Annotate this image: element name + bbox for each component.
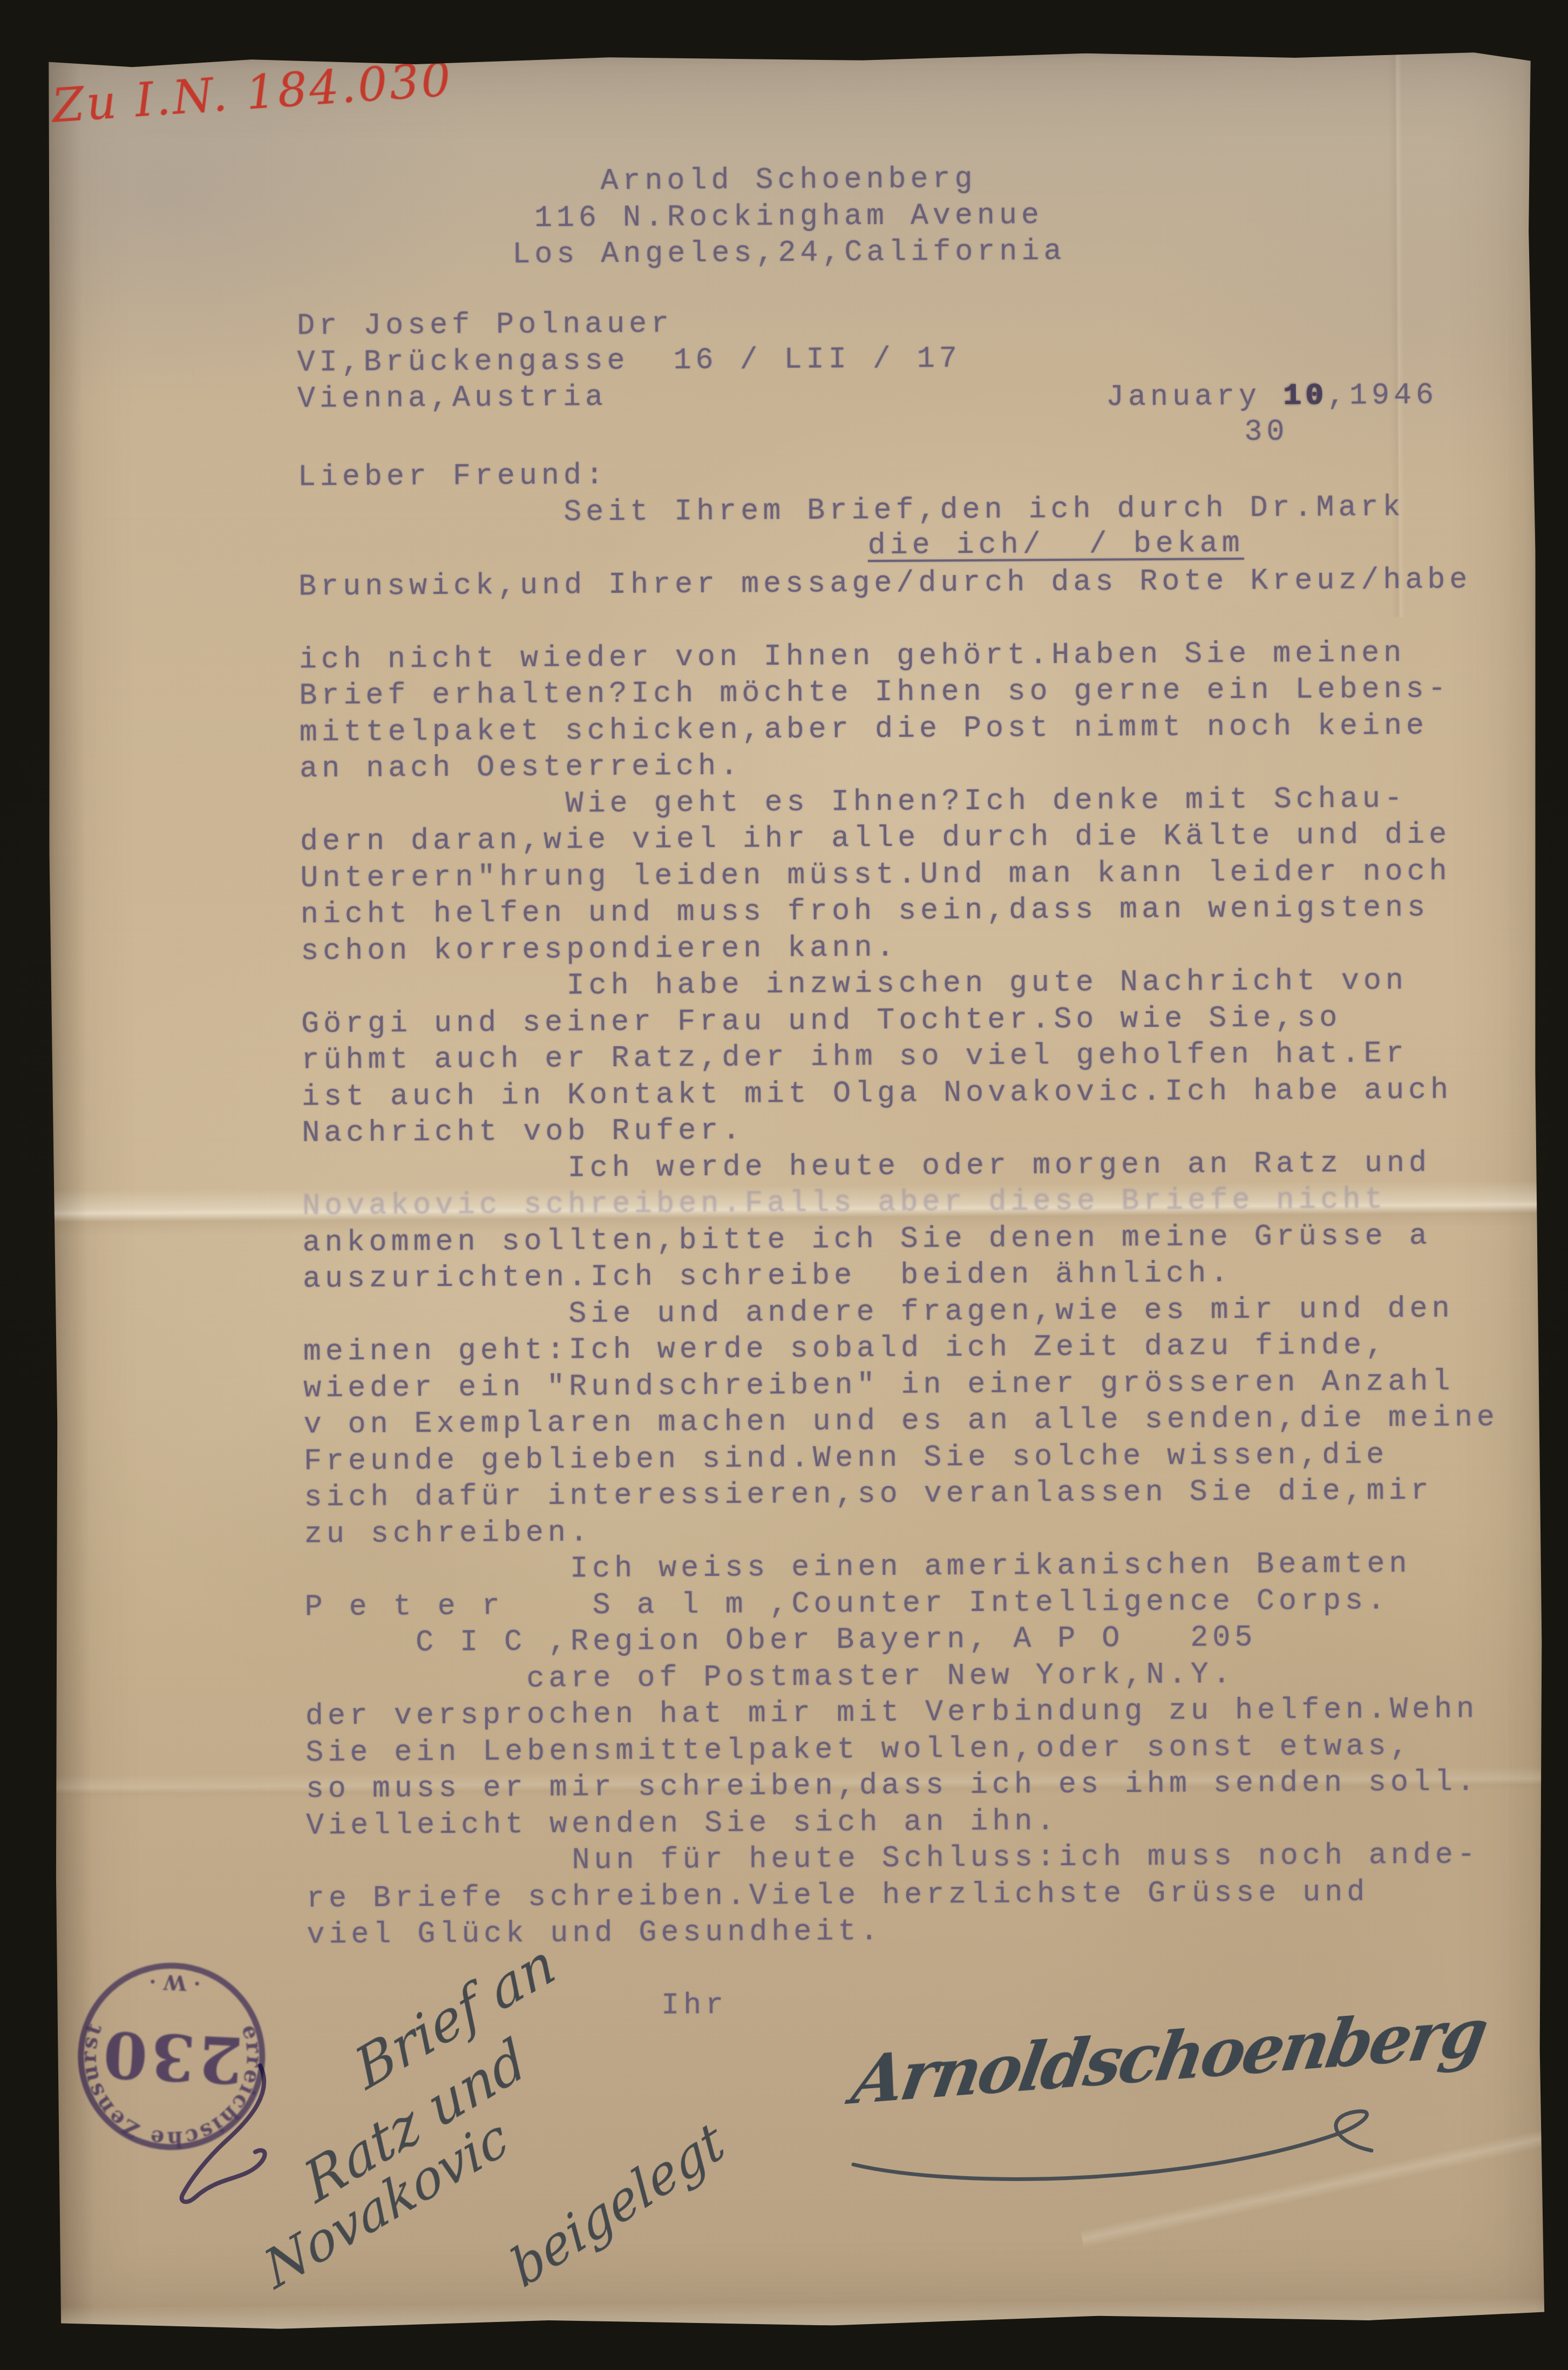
typed-line: mittelpaket schicken,aber die Post nimmt… — [300, 707, 1495, 751]
typed-line: Dr Josef Polnauer — [297, 304, 961, 344]
typed-line: 116 N.Rockingham Avenue — [512, 197, 1066, 236]
letter-body: Lieber Freund: Seit Ihrem Brief,den ich … — [298, 452, 1503, 2026]
recipient-address-block: Dr Josef PolnauerVI,Brückengasse 16 / LI… — [297, 304, 961, 417]
typed-line: so muss er mir schreiben,dass ich es ihm… — [306, 1764, 1502, 1807]
typed-line: rühmt auch er Ratz,der ihm so viel gehol… — [301, 1035, 1497, 1079]
typed-line: v on Exemplaren machen und es an alle se… — [303, 1399, 1499, 1443]
stamp-city-mark: · W · — [148, 1969, 201, 1996]
signature-flourish — [837, 2091, 1409, 2197]
typed-line: Ich weiss einen amerikanischen Beamten — [304, 1545, 1500, 1589]
censor-initials-scrawl — [131, 2054, 326, 2233]
typed-line: Vienna,Austria — [297, 377, 962, 417]
sender-address-block: Arnold Schoenberg 116 N.Rockingham Avenu… — [512, 160, 1065, 273]
date-year: ,1946 — [1327, 378, 1438, 413]
typed-line: Ich habe inzwischen gute Nachricht von — [301, 962, 1496, 1006]
typed-line: dern daran,wie viel ihr alle durch die K… — [300, 816, 1496, 860]
typed-line: Arnold Schoenberg — [512, 160, 1065, 200]
typed-line: Los Angeles,24,California — [512, 233, 1066, 273]
typed-line: P e t e r S a l m ,Counter Intelligence … — [304, 1582, 1500, 1626]
date-day-overstruck: 10 — [1283, 379, 1327, 413]
typed-line: Nun für heute Schluss:ich muss noch ande… — [306, 1837, 1502, 1880]
typed-line: sich dafür interessieren,so veranlassen … — [304, 1472, 1499, 1516]
typed-line: Seit Ihrem Brief,den ich durch Dr.Mark — [298, 489, 1494, 532]
typed-line: ankommen sollten,bitte ich Sie denen mei… — [302, 1217, 1498, 1261]
letter-page: Zu I.N. 184.030 Arnold Schoenberg 116 N.… — [43, 50, 1547, 2333]
date-correction: 30 — [1244, 414, 1288, 450]
date-month: January — [1106, 379, 1283, 414]
typed-line: Brief erhalten?Ich möchte Ihnen so gerne… — [299, 671, 1495, 714]
typed-line: re Briefe schreiben.Viele herzlichste Gr… — [307, 1873, 1502, 1917]
typed-line: VI,Brückengasse 16 / LII / 17 — [297, 341, 961, 381]
typed-line: Novakovic schreiben.Falls aber diese Bri… — [302, 1181, 1498, 1224]
typed-line: meinen geht:Ich werde sobald ich Zeit da… — [303, 1326, 1499, 1370]
typed-line: nicht helfen und muss froh sein,dass man… — [301, 889, 1496, 933]
typed-line: ist auch in Kontakt mit Olga Novakovic.I… — [302, 1072, 1497, 1115]
typed-line: der versprochen hat mir mit Verbindung z… — [306, 1691, 1501, 1735]
pencil-note-line-4: beigelegt — [502, 2110, 733, 2300]
date-line: January 10,1946 — [1106, 377, 1438, 416]
typed-line: Brunswick,und Ihrer message/durch das Ro… — [298, 561, 1494, 605]
